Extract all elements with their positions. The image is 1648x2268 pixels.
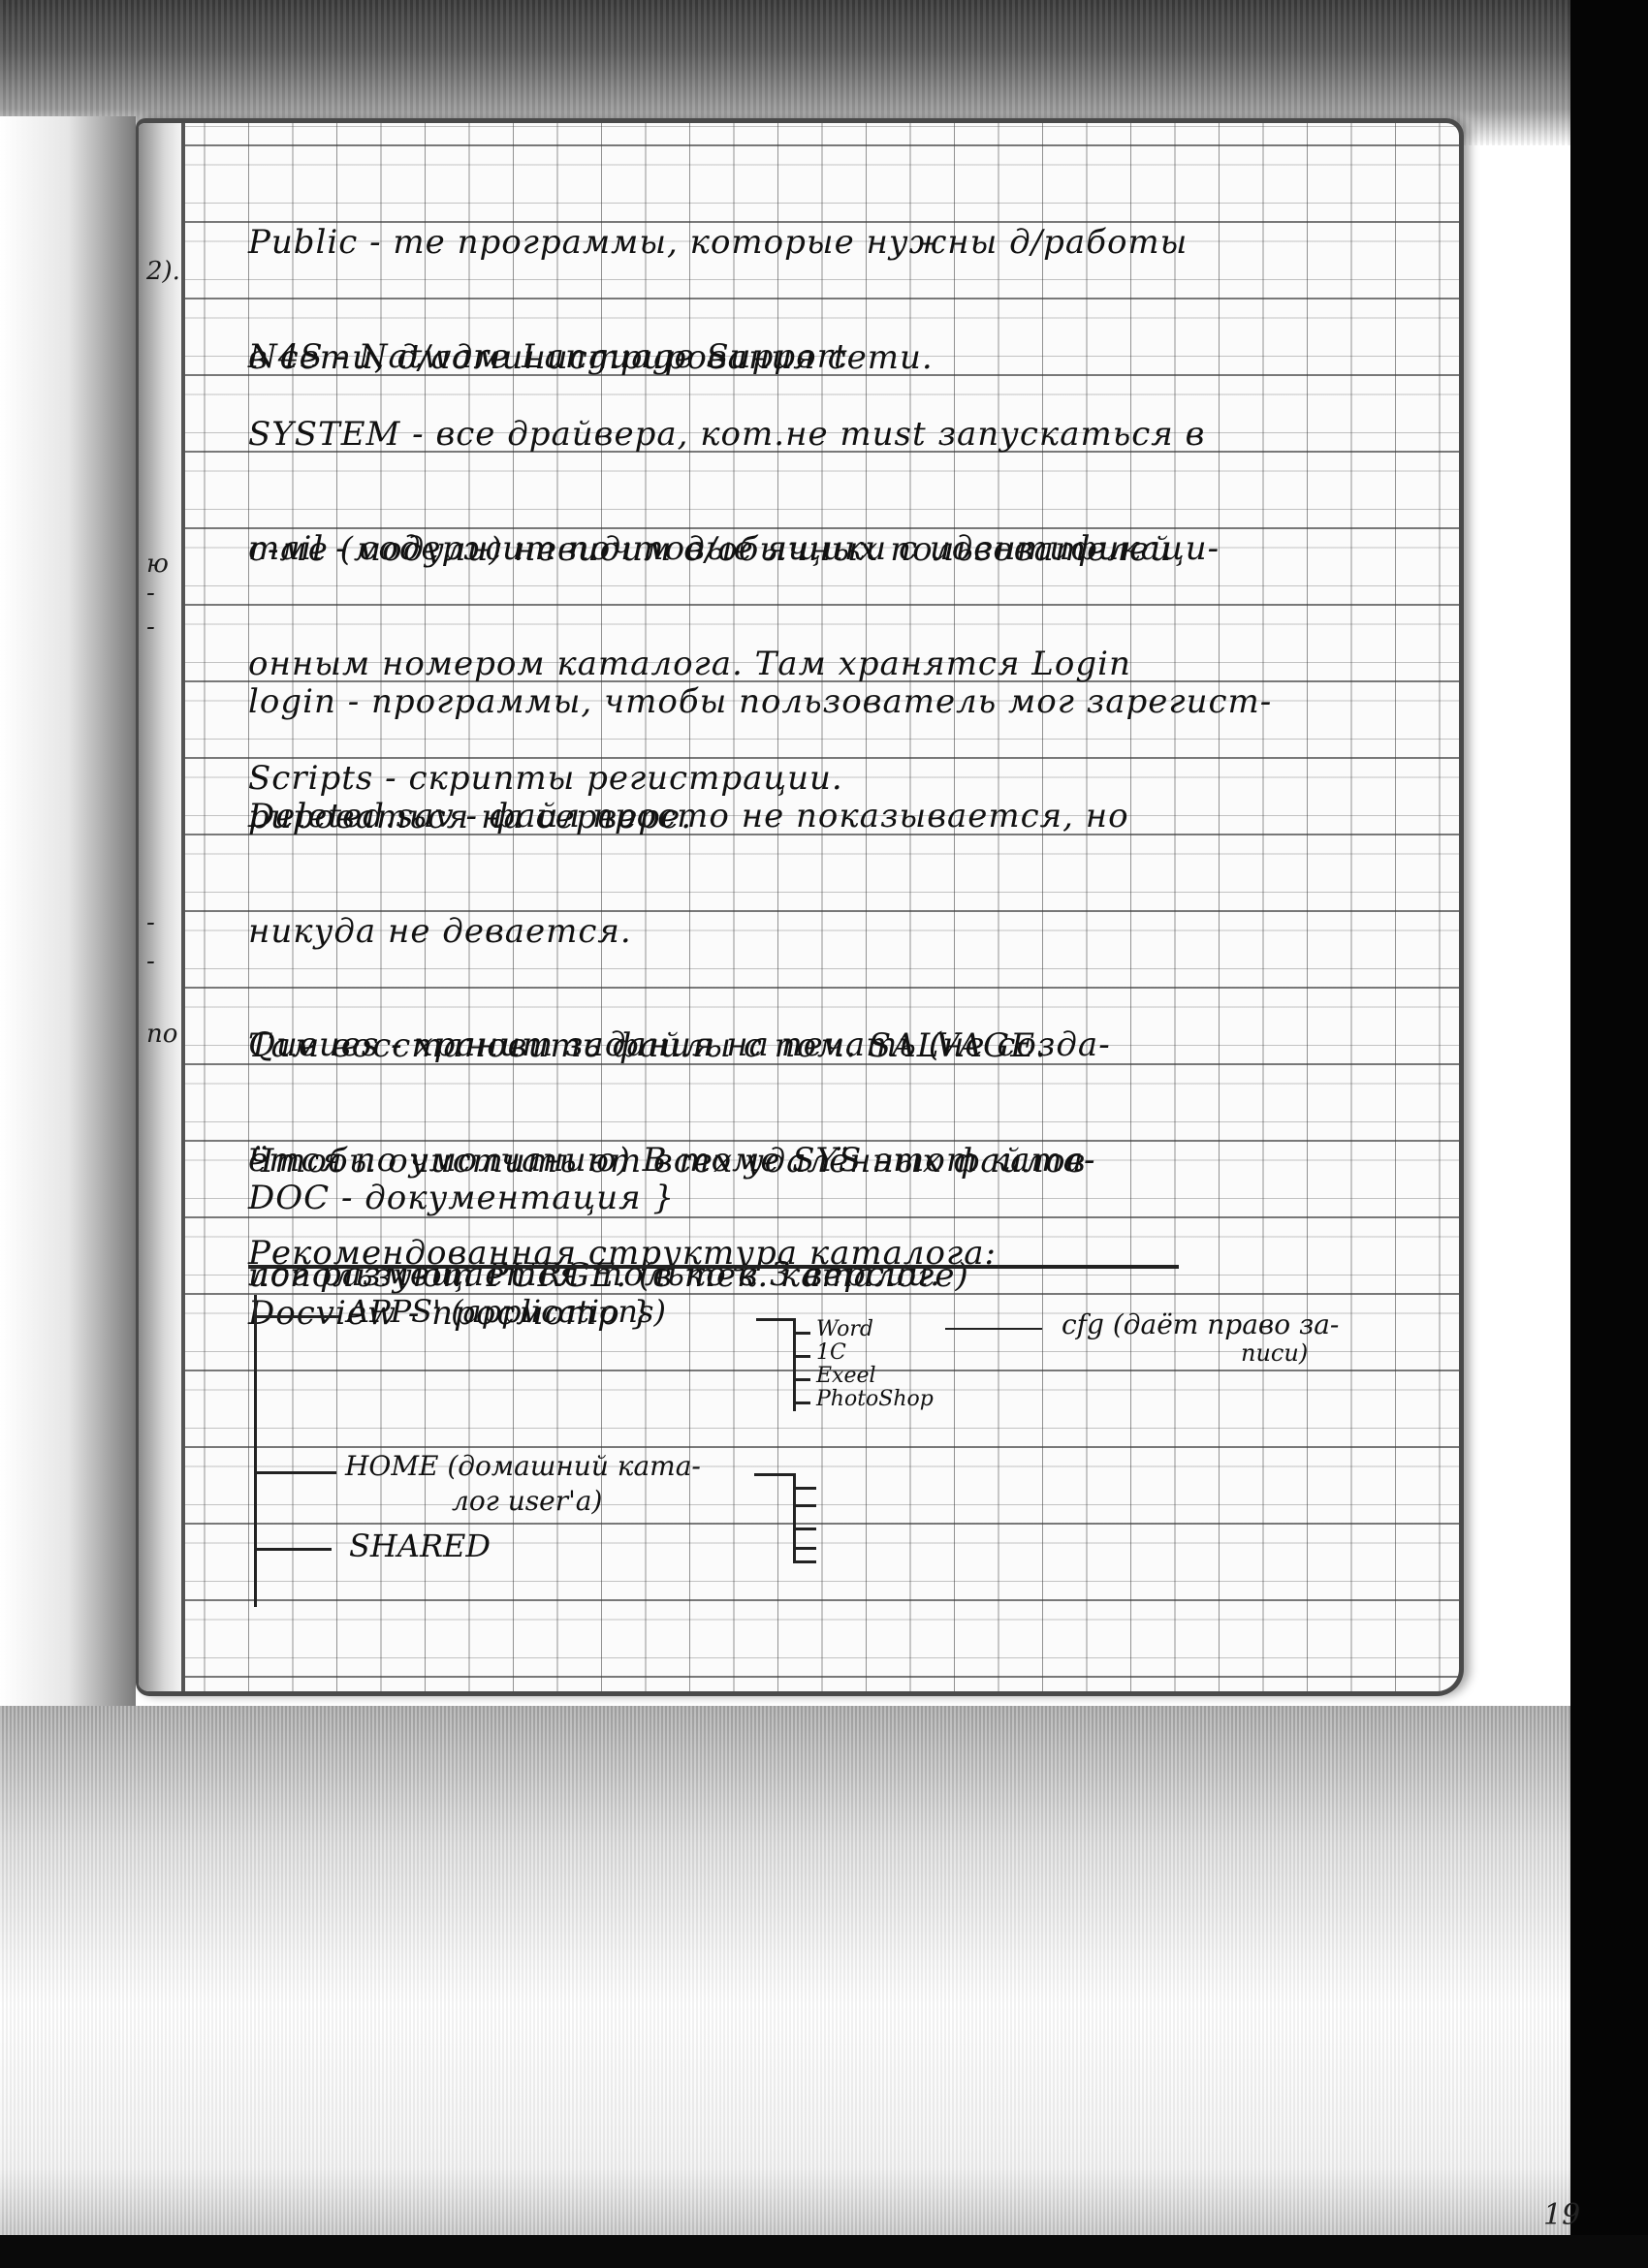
binding-margin: 2). ю - - - - по xyxy=(139,123,185,1691)
tree-branch xyxy=(793,1504,816,1507)
scan-border-bottom xyxy=(0,2235,1648,2268)
tree-branch xyxy=(793,1528,816,1530)
tree-branch xyxy=(254,1315,339,1318)
tree-branch xyxy=(754,1473,793,1476)
scan-shadow-left xyxy=(0,116,136,1706)
tree-branch xyxy=(793,1487,816,1490)
tree-branch xyxy=(254,1548,332,1551)
scan-shadow-bottom xyxy=(0,1706,1570,2249)
tree-note-cfg: cfg (даёт право за- xyxy=(1062,1310,1339,1339)
tree-branch xyxy=(793,1332,810,1335)
tree-node-home: HOME (домашний ката- xyxy=(345,1448,701,1485)
margin-mark: - xyxy=(146,613,155,642)
entry-line: Deleted.sav - файл просто не показываетс… xyxy=(248,798,1129,836)
tree-branch xyxy=(793,1355,810,1358)
margin-mark: - xyxy=(146,947,155,976)
tree-leaf-photoshop: PhotoShop xyxy=(816,1388,934,1411)
margin-mark: - xyxy=(146,579,155,608)
entry-line: DOC - документация } xyxy=(248,1180,675,1218)
tree-branch xyxy=(945,1328,1042,1330)
tree-leaf-excel: Exeel xyxy=(816,1365,876,1388)
entry-line: SYSTEM - все драйвера, кот.не must запус… xyxy=(248,416,1205,455)
tree-branch xyxy=(254,1471,336,1474)
entry-line: login - программы, чтобы пользователь мо… xyxy=(248,683,1272,722)
tree-node-shared: SHARED xyxy=(349,1528,491,1564)
tree-trunk xyxy=(254,1295,257,1607)
entry-line: mail - содержит почтовые ящики с идентиф… xyxy=(248,530,1220,569)
tree-node-home-cont: лог user'a) xyxy=(452,1483,602,1520)
margin-mark: ю xyxy=(146,550,169,579)
tree-branch xyxy=(793,1547,816,1550)
tree-note-cfg-cont: писи) xyxy=(1241,1341,1308,1365)
tree-branch xyxy=(793,1378,810,1381)
tree-leaf-word: Word xyxy=(816,1318,873,1341)
tree-branch xyxy=(793,1402,810,1404)
tree-branch xyxy=(793,1560,816,1563)
page-number: 19 xyxy=(1543,2198,1580,2232)
margin-mark: по xyxy=(146,1020,177,1049)
heading-underline xyxy=(248,1265,1179,1269)
tree-node-apps: APPS' (applications) xyxy=(347,1293,666,1330)
entry-line: Public - те программы, которые нужны д/р… xyxy=(248,224,1188,263)
entry-line: никуда не девается. xyxy=(248,913,1129,952)
scan-border-right xyxy=(1570,0,1648,2268)
tree-branch xyxy=(756,1318,795,1321)
margin-mark: 2). xyxy=(146,257,180,286)
tree-leaf-1c: 1C xyxy=(816,1341,846,1365)
entry-line: Queues - хранит задания на печать (не со… xyxy=(248,1026,1111,1065)
margin-mark: - xyxy=(146,908,155,937)
